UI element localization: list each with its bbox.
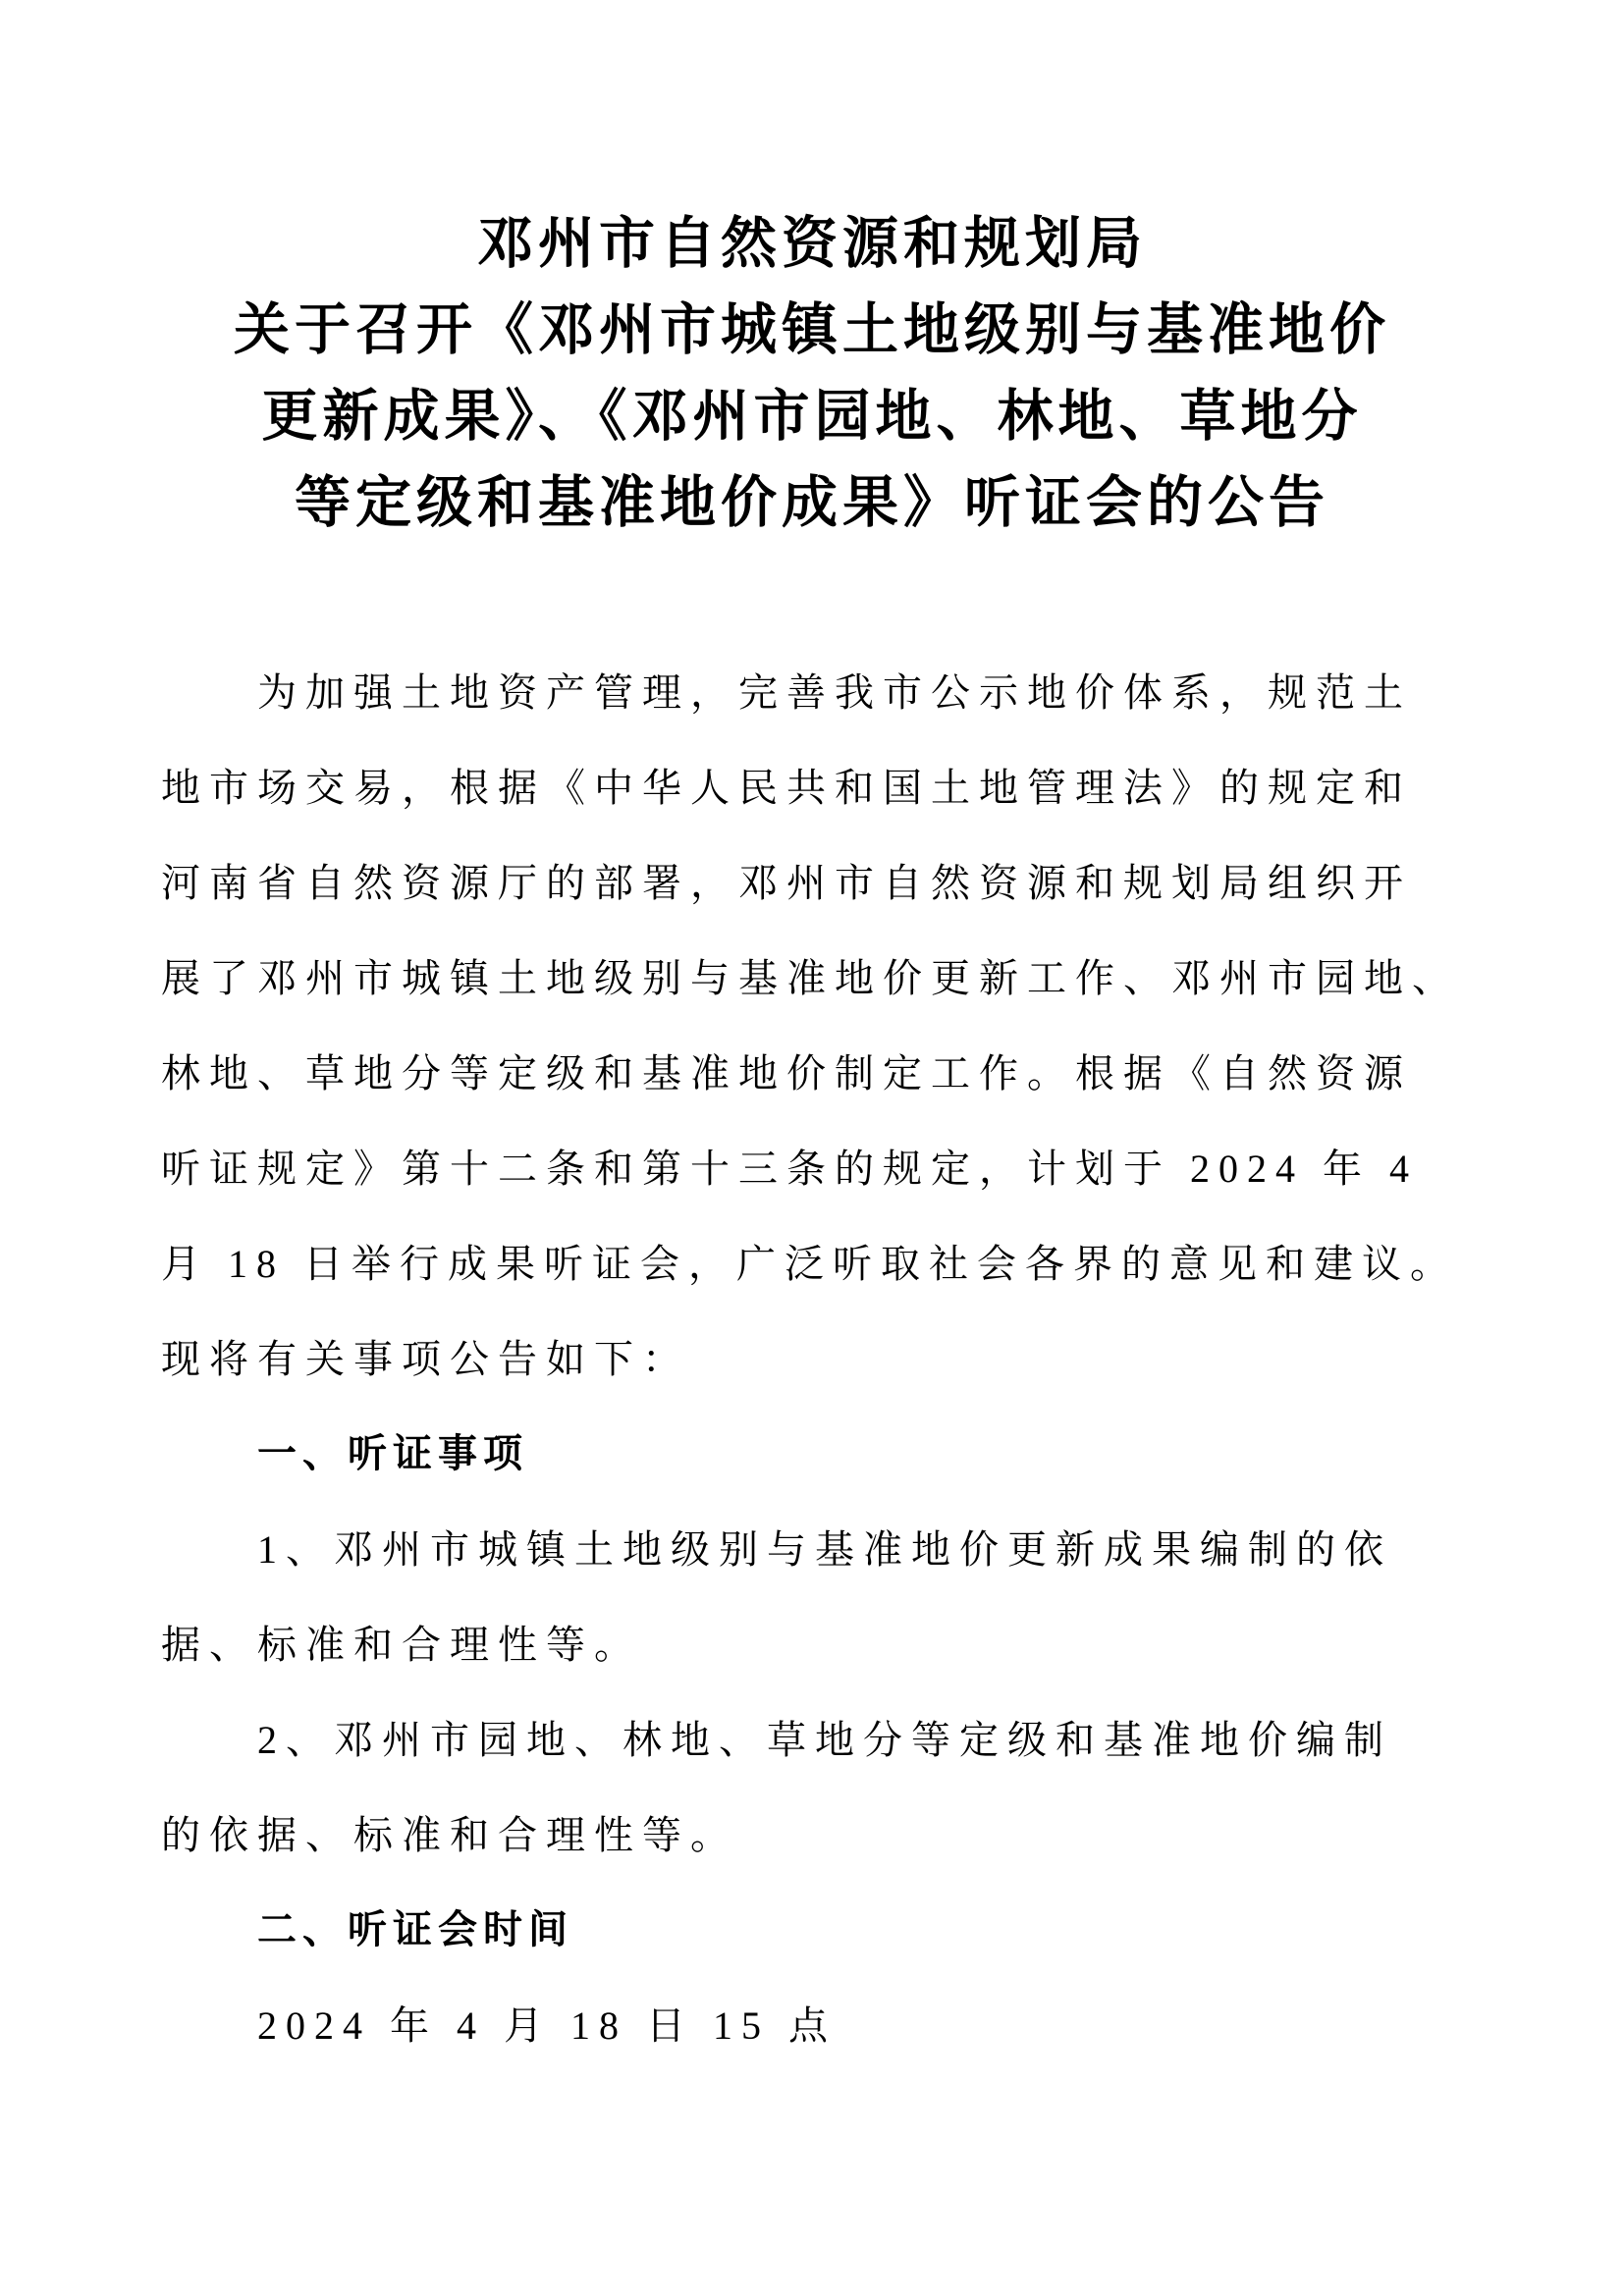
list-item-1-line: 据、标准和合理性等。 — [161, 1597, 1463, 1692]
intro-line: 林地、草地分等定级和基准地价制定工作。根据《自然资源 — [161, 1026, 1463, 1121]
list-item-1-line: 1、邓州市城镇土地级别与基准地价更新成果编制的依 — [161, 1502, 1463, 1597]
intro-line: 展了邓州市城镇土地级别与基准地价更新工作、邓州市园地、 — [161, 931, 1463, 1026]
document-page: 邓州市自然资源和规划局 关于召开《邓州市城镇土地级别与基准地价 更新成果》、《邓… — [0, 0, 1624, 2296]
document-body: 为加强土地资产管理，完善我市公示地价体系，规范土 地市场交易，根据《中华人民共和… — [161, 645, 1463, 2073]
document-content: 邓州市自然资源和规划局 关于召开《邓州市城镇土地级别与基准地价 更新成果》、《邓… — [161, 0, 1463, 2073]
hearing-time: 2024 年 4 月 18 日 15 点 — [161, 1978, 1463, 2073]
title-line-1: 邓州市自然资源和规划局 — [161, 201, 1463, 288]
list-item-2-line: 2、邓州市园地、林地、草地分等定级和基准地价编制 — [161, 1692, 1463, 1788]
intro-line: 河南省自然资源厅的部署，邓州市自然资源和规划局组织开 — [161, 835, 1463, 931]
section-heading-hearing-time: 二、听证会时间 — [161, 1883, 1463, 1978]
intro-line: 听证规定》第十二条和第十三条的规定，计划于 2024 年 4 — [161, 1121, 1463, 1216]
title-line-2: 关于召开《邓州市城镇土地级别与基准地价 — [161, 288, 1463, 374]
list-item-2-line: 的依据、标准和合理性等。 — [161, 1788, 1463, 1883]
section-heading-hearing-matters: 一、听证事项 — [161, 1407, 1463, 1502]
intro-line: 月 18 日举行成果听证会，广泛听取社会各界的意见和建议。 — [161, 1216, 1463, 1311]
intro-line: 为加强土地资产管理，完善我市公示地价体系，规范土 — [161, 645, 1463, 740]
intro-line: 地市场交易，根据《中华人民共和国土地管理法》的规定和 — [161, 740, 1463, 835]
title-line-4: 等定级和基准地价成果》听证会的公告 — [161, 460, 1463, 547]
document-title: 邓州市自然资源和规划局 关于召开《邓州市城镇土地级别与基准地价 更新成果》、《邓… — [161, 0, 1463, 547]
title-line-3: 更新成果》、《邓州市园地、林地、草地分 — [161, 374, 1463, 460]
intro-line: 现将有关事项公告如下： — [161, 1311, 1463, 1407]
